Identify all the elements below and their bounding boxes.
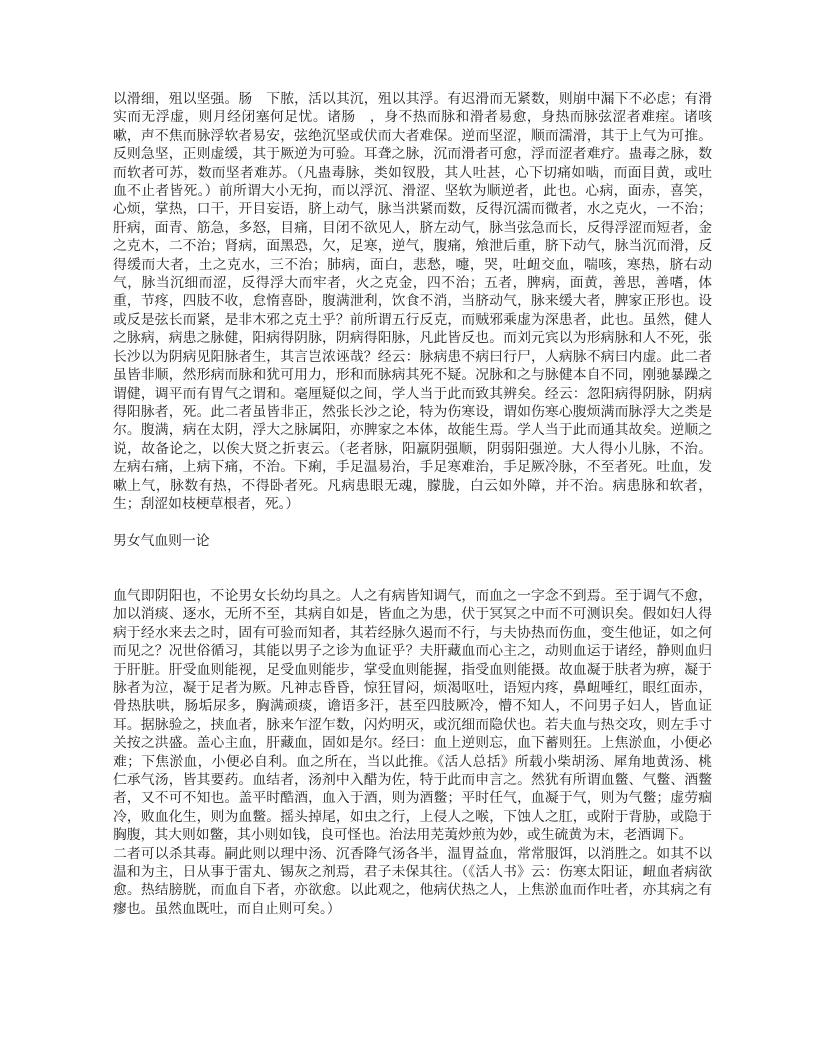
- document-page: 以滑细，殂以坚强。肠 下脓，活以其沉，殂以其浮。有迟滑而无紧数，则崩中漏下不必虑…: [0, 0, 816, 1056]
- text-body: 以滑细，殂以坚强。肠 下脓，活以其沉，殂以其浮。有迟滑而无紧数，则崩中漏下不必虑…: [113, 90, 712, 918]
- opening-paragraph: 以滑细，殂以坚强。肠 下脓，活以其沉，殂以其浮。有迟滑而无紧数，则崩中漏下不必虑…: [113, 90, 712, 513]
- closing-paragraph: 二者可以杀其毒。嗣此则以理中汤、沉香降气汤各半，温胃益血，常常服饵，以消胜之。如…: [113, 845, 712, 919]
- section-heading: 男女气血则一论: [113, 532, 712, 550]
- section-paragraph: 血气即阴阳也，不论男女长幼均具之。人之有病皆知调气，而血之一字念不到焉。至于调气…: [113, 587, 712, 845]
